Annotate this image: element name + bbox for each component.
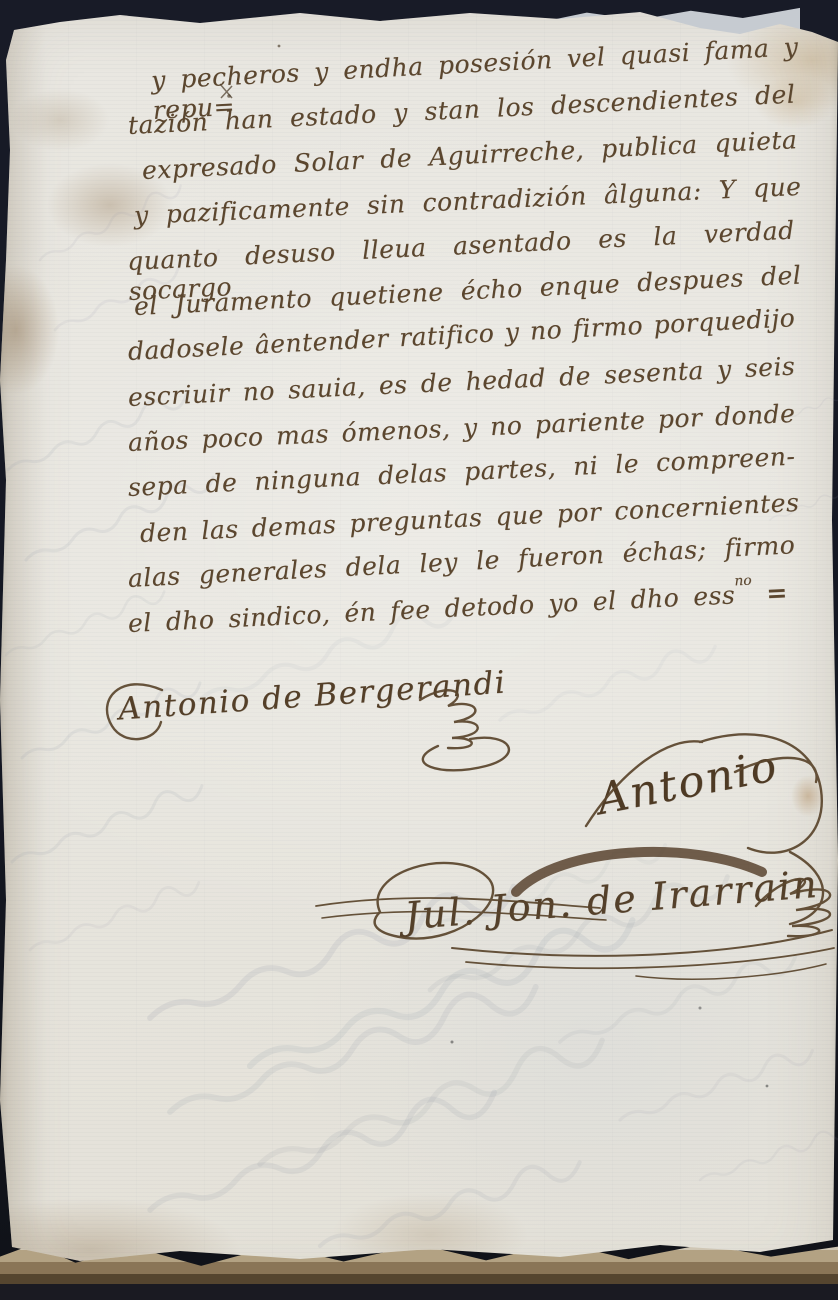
antonio-signature: Antonio bbox=[593, 741, 782, 825]
line-end-dash: = bbox=[766, 578, 788, 608]
escribano-abbreviation: no bbox=[734, 572, 752, 589]
manuscript-scan: y pecheros y endha posesión vel quasi fa… bbox=[0, 0, 838, 1300]
body-text-layer: y pecheros y endha posesión vel quasi fa… bbox=[0, 0, 838, 1300]
escribano-signature: Jul. Jon. de Irarrain bbox=[403, 862, 820, 938]
bergerandi-signature: Antonio de Bergerandi bbox=[117, 664, 507, 727]
